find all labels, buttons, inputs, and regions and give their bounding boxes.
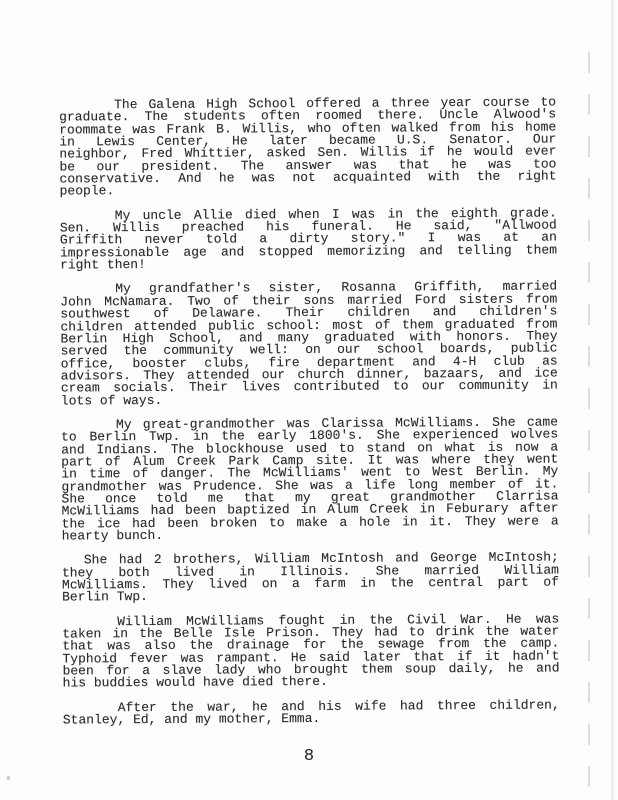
- paragraph: The Galena High School offered a three y…: [59, 96, 557, 198]
- text-line: lots of ways.: [61, 392, 558, 407]
- scan-edge-line: [611, 0, 614, 800]
- document-text: The Galena High School offered a three y…: [59, 96, 560, 738]
- text-line: right then!: [60, 257, 557, 272]
- paragraph: William McWilliams fought in the Civil W…: [62, 613, 559, 690]
- text-line: Stanley, Ed, and my mother, Emma.: [63, 712, 560, 727]
- paragraph: My great-grandmother was Clarissa McWill…: [61, 416, 559, 542]
- document-page: The Galena High School offered a three y…: [0, 0, 618, 800]
- paragraph: After the war, he and his wife had three…: [63, 699, 560, 727]
- text-line: Berlin Twp.: [62, 589, 559, 604]
- text-line: conservative. And he was not acquainted …: [60, 171, 557, 186]
- scan-edge-dashes: [588, 52, 590, 800]
- paragraph: My uncle Allie died when I was in the ei…: [60, 207, 557, 272]
- page-number: 8: [0, 747, 618, 766]
- paragraph: She had 2 brothers, William McIntosh and…: [62, 552, 559, 604]
- text-line: hearty bunch.: [62, 527, 559, 542]
- scan-speck: [7, 776, 10, 780]
- paragraph: My grandfather's sister, Rosanna Griffit…: [60, 281, 558, 407]
- text-line: his buddies would have died there.: [63, 675, 560, 690]
